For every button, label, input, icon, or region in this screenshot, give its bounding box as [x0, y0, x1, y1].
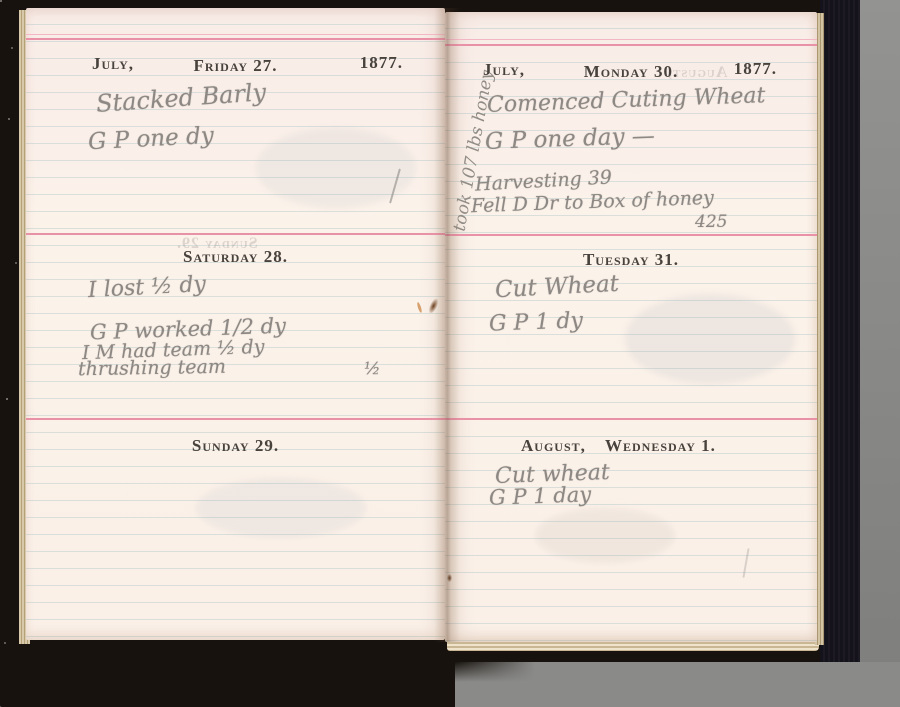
bleedthrough-smudge: [196, 478, 366, 538]
section-divider-line: [26, 34, 445, 35]
book-cover-spine-edge: [820, 0, 860, 697]
scanner-background-corner: [455, 662, 900, 707]
diary-section-tuesday-31: Tuesday 31. Cut Wheat G P 1 dy: [445, 234, 817, 418]
day-label: Sunday 29.: [26, 436, 445, 456]
handwritten-entry: Cut Wheat: [494, 271, 619, 303]
bleedthrough-ghost-text: August,: [667, 64, 727, 82]
year-label: 1877.: [734, 59, 777, 79]
diary-scan: July, Friday 27. 1877. Stacked Barly G P…: [0, 0, 900, 707]
month-label: August,: [521, 436, 586, 456]
section-divider-line: [445, 39, 817, 40]
handwritten-entry: I lost ½ dy: [87, 272, 206, 303]
diary-page-right: took 107 lbs honey July, Monday 30. Augu…: [445, 12, 817, 642]
handwritten-entry: G P 1 day: [489, 482, 592, 510]
bleedthrough-smudge: [256, 128, 416, 208]
day-label: Wednesday 1.: [605, 436, 716, 456]
handwritten-entry: 425: [695, 212, 727, 232]
handwritten-entry: G P 1 dy: [489, 308, 584, 336]
diary-section-wednesday-1: August, Wednesday 1. Cut wheat G P 1 day: [445, 418, 817, 642]
day-label: Tuesday 31.: [445, 250, 817, 270]
pencil-mark: [742, 548, 749, 578]
handwritten-entry: ½: [364, 359, 380, 379]
diary-section-saturday-28: Sunday 29. Saturday 28. I lost ½ dy G P …: [26, 233, 445, 418]
day-label: Saturday 28.: [26, 247, 445, 267]
handwritten-entry: Stacked Barly: [95, 78, 267, 118]
diary-section-monday-30: July, Monday 30. August, 1877. Comenced …: [445, 44, 817, 234]
handwritten-entry: thrushing team: [78, 356, 226, 381]
stain-smudge: [535, 508, 675, 563]
cover-dust-specks: [0, 0, 2, 2]
bleedthrough-smudge: [625, 294, 795, 384]
diary-page-left: July, Friday 27. 1877. Stacked Barly G P…: [26, 8, 445, 640]
book-gutter-shadow: [434, 8, 460, 642]
handwritten-entry: Comenced Cuting Wheat: [487, 83, 766, 118]
diary-section-sunday-29: Sunday 29.: [26, 418, 445, 640]
year-label: 1877.: [360, 53, 403, 73]
handwritten-entry: G P one day —: [485, 123, 656, 155]
handwritten-entry: G P one dy: [87, 123, 214, 156]
